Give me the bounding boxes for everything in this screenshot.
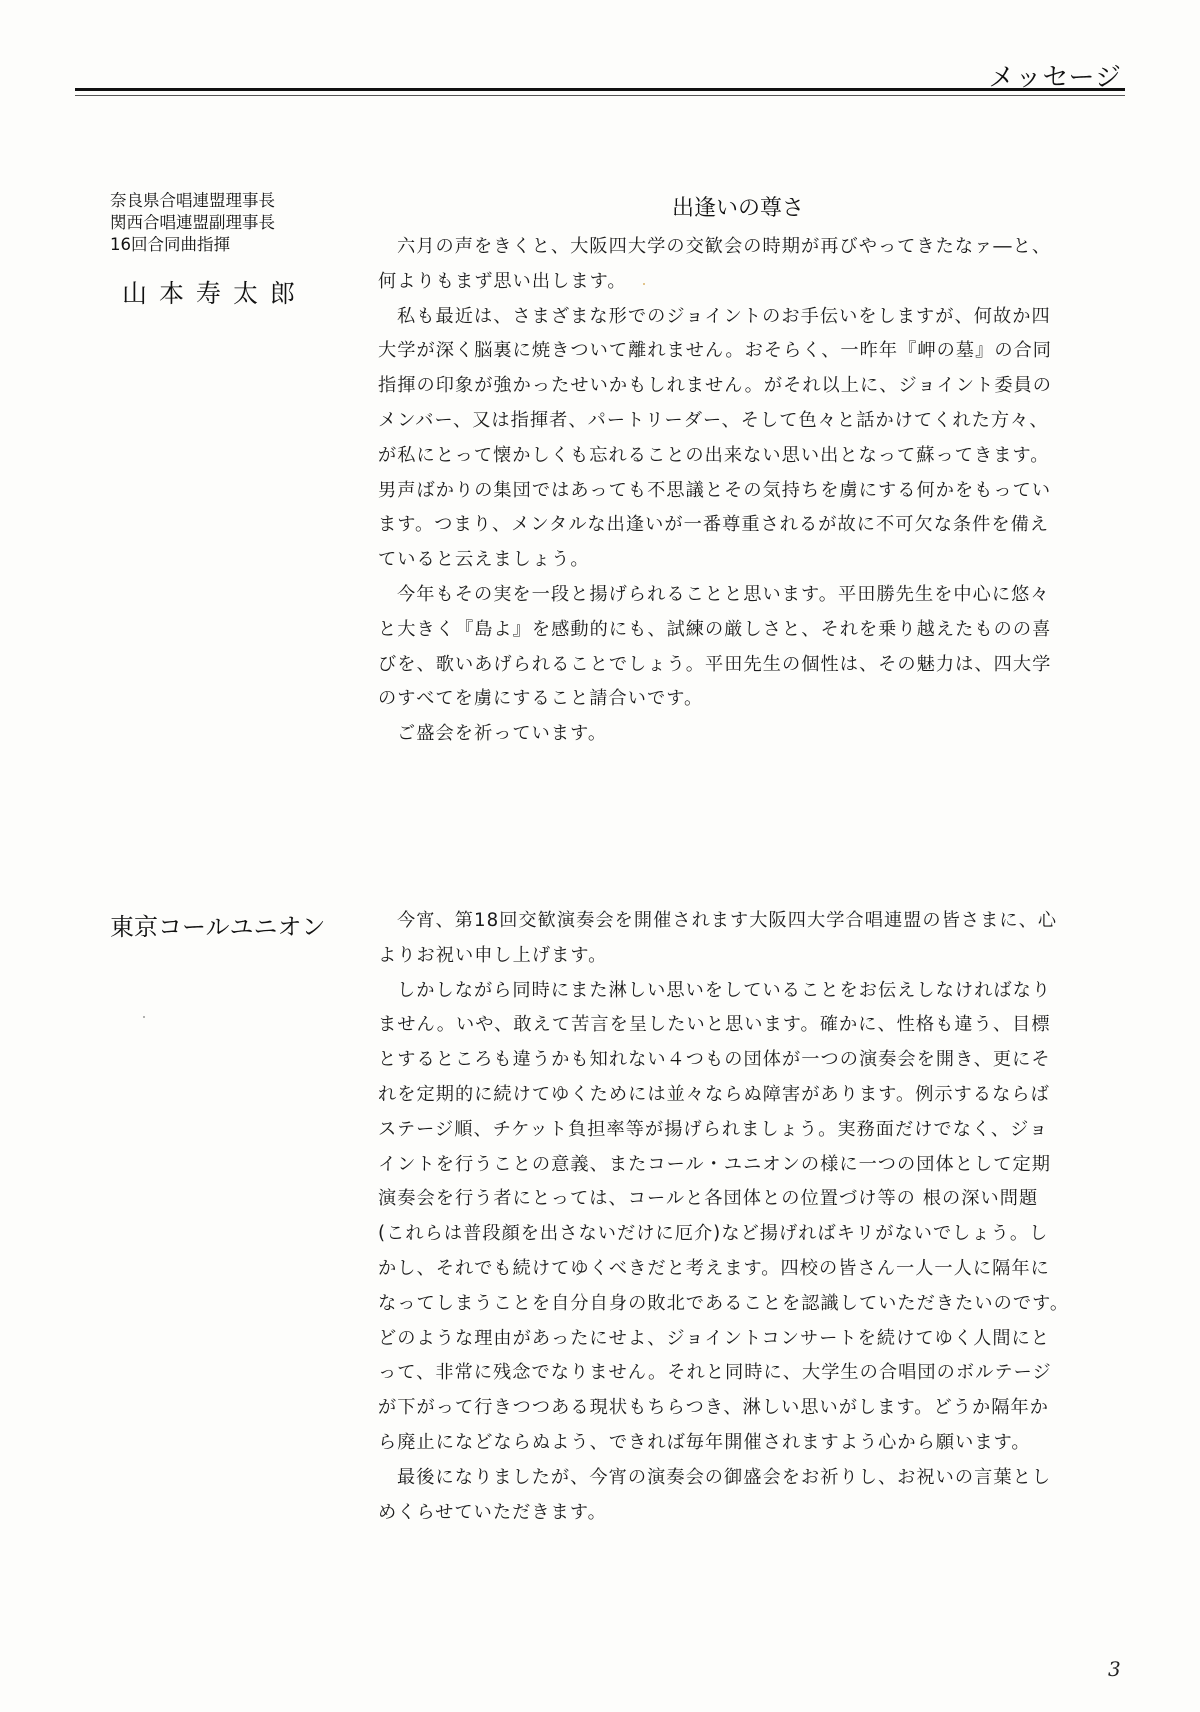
header-rule-thin [75, 95, 1125, 96]
message-line: 今年もその実を一段と揚げられることと思います。平田勝先生を中心に悠々 [378, 578, 1098, 613]
message-line: 私も最近は、さまざまな形でのジョイントのお手伝いをしますが、何故か四 [378, 300, 1098, 335]
message-line: 指揮の印象が強かったせいかもしれません。がそれ以上に、ジョイント委員の [378, 369, 1098, 404]
message-line: が私にとって懐かしくも忘れることの出来ない思い出となって蘇ってきます。 [378, 439, 1098, 474]
message-line: ステージ順、チケット負担率等が揚げられましょう。実務面だけでなく、ジョ [378, 1113, 1098, 1148]
message-line: なってしまうことを自分自身の敗北であることを認識していただきたいのです。 [378, 1287, 1098, 1322]
author-org-name: 東京コールユニオン [110, 907, 350, 942]
message-2-author: 東京コールユニオン [110, 907, 350, 942]
message-line: れを定期的に続けてゆくためには並々ならぬ障害があります。例示するならば [378, 1078, 1098, 1113]
message-line: って、非常に残念でなりません。それと同時に、大学生の合唱団のボルテージ [378, 1356, 1098, 1391]
message-line: ていると云えましょう。 [378, 543, 1098, 578]
message-line: 今宵、第18回交歓演奏会を開催されます大阪四大学合唱連盟の皆さまに、心 [378, 904, 1098, 939]
message-line: (これらは普段顔を出さないだけに厄介)など揚げればキリがないでしょう。し [378, 1217, 1098, 1252]
message-line: とするところも違うかも知れない４つもの団体が一つの演奏会を開き、更にそ [378, 1043, 1098, 1078]
message-line: しかしながら同時にまた淋しい思いをしていることをお伝えしなければなり [378, 974, 1098, 1009]
message-line: メンバー、又は指揮者、パートリーダー、そして色々と話かけてくれた方々、 [378, 404, 1098, 439]
message-line: ません。いや、敢えて苦言を呈したいと思います。確かに、性格も違う、目標 [378, 1008, 1098, 1043]
header-rule-thick [75, 88, 1125, 91]
message-line: のすべてを虜にすること請合いです。 [378, 682, 1098, 717]
message-line: 六月の声をきくと、大阪四大学の交歓会の時期が再びやってきたなァ―と、 [378, 230, 1098, 265]
message-line: イントを行うことの意義、またコール・ユニオンの様に一つの団体として定期 [378, 1148, 1098, 1183]
message-2: 今宵、第18回交歓演奏会を開催されます大阪四大学合唱連盟の皆さまに、心よりお祝い… [378, 904, 1098, 1530]
message-line: 大学が深く脳裏に焼きついて離れません。おそらく、一昨年『岬の墓』の合同 [378, 334, 1098, 369]
message-line: が下がって行きつつある現状もちらつき、淋しい思いがします。どうか隔年か [378, 1391, 1098, 1426]
message-line: と大きく『島よ』を感動的にも、試練の厳しさと、それを乗り越えたものの喜 [378, 613, 1098, 648]
message-line: 最後になりましたが、今宵の演奏会の御盛会をお祈りし、お祝いの言葉とし [378, 1461, 1098, 1496]
message-line: ます。つまり、メンタルな出逢いが一番尊重されるが故に不可欠な条件を備え [378, 508, 1098, 543]
message-line: よりお祝い申し上げます。 [378, 939, 1098, 974]
message-line: ら廃止になどならぬよう、できれば毎年開催されますよう心から願います。 [378, 1426, 1098, 1461]
message-title: 出逢いの尊さ [378, 191, 1098, 222]
message-1-author: 奈良県合唱連盟理事長 関西合唱連盟副理事長 16回合同曲指揮 山本寿太郎 [110, 190, 350, 310]
message-body: 六月の声をきくと、大阪四大学の交歓会の時期が再びやってきたなァ―と、何よりもまず… [378, 230, 1098, 752]
page-number: 3 [1108, 1657, 1121, 1681]
message-line: ご盛会を祈っています。 [378, 717, 1098, 752]
author-affiliation: 16回合同曲指揮 [110, 234, 350, 256]
message-line: どのような理由があったにせよ、ジョイントコンサートを続けてゆく人間にと [378, 1322, 1098, 1357]
message-line: びを、歌いあげられることでしょう。平田先生の個性は、その魅力は、四大学 [378, 648, 1098, 683]
message-line: かし、それでも続けてゆくべきだと考えます。四校の皆さん一人一人に隔年に [378, 1252, 1098, 1287]
scan-speck [143, 1016, 145, 1018]
author-name: 山本寿太郎 [122, 274, 350, 310]
message-line: めくらせていただきます。 [378, 1496, 1098, 1531]
message-line: 演奏会を行う者にとっては、コールと各団体との位置づけ等の 根の深い問題 [378, 1182, 1098, 1217]
scan-speck [643, 283, 645, 285]
author-affiliation: 奈良県合唱連盟理事長 [110, 190, 350, 212]
message-line: 男声ばかりの集団ではあっても不思議とその気持ちを虜にする何かをもってい [378, 474, 1098, 509]
message-line: 何よりもまず思い出します。 [378, 265, 1098, 300]
author-affiliation: 関西合唱連盟副理事長 [110, 212, 350, 234]
message-1: 出逢いの尊さ 六月の声をきくと、大阪四大学の交歓会の時期が再びやってきたなァ―と… [378, 191, 1098, 752]
message-body: 今宵、第18回交歓演奏会を開催されます大阪四大学合唱連盟の皆さまに、心よりお祝い… [378, 904, 1098, 1530]
